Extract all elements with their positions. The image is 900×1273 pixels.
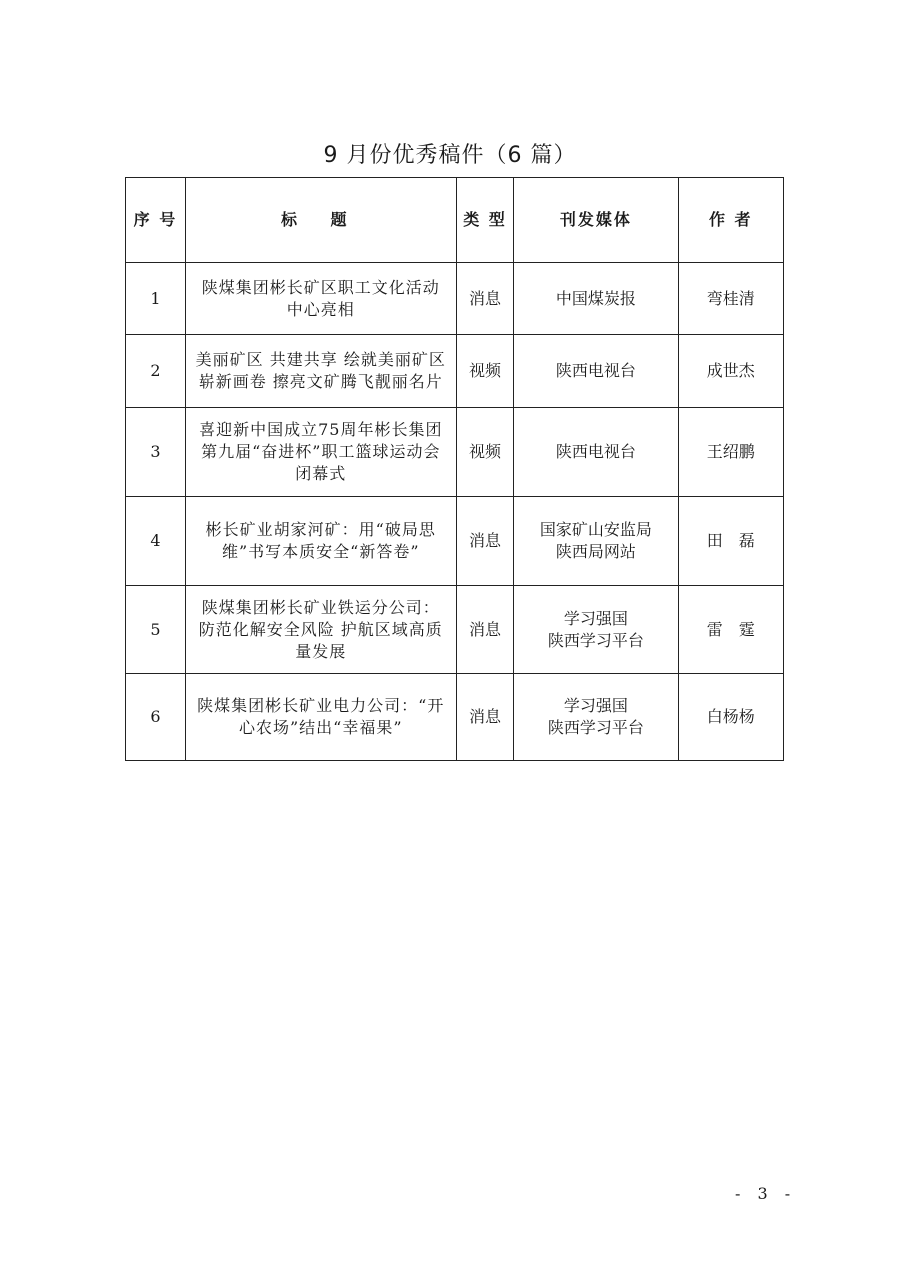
- cell-type: 视频: [456, 335, 514, 408]
- cell-title: 陕煤集团彬长矿业电力公司：“开心农场”结出“幸福果”: [185, 674, 456, 761]
- cell-no: 3: [126, 408, 186, 497]
- header-author: 作 者: [678, 178, 783, 263]
- header-type: 类 型: [456, 178, 514, 263]
- articles-table: 序 号 标 题 类 型 刊发媒体 作 者 1 陕煤集团彬长矿区职工文化活动中心亮…: [125, 177, 784, 761]
- cell-title: 彬长矿业胡家河矿：用“破局思维”书写本质安全“新答卷”: [185, 497, 456, 586]
- cell-media: 国家矿山安监局 陕西局网站: [514, 497, 678, 586]
- cell-title: 陕煤集团彬长矿区职工文化活动中心亮相: [185, 263, 456, 335]
- cell-author: 雷 霆: [678, 586, 783, 674]
- cell-media: 中国煤炭报: [514, 263, 678, 335]
- cell-author: 王绍鹏: [678, 408, 783, 497]
- table-header-row: 序 号 标 题 类 型 刊发媒体 作 者: [126, 178, 784, 263]
- cell-no: 1: [126, 263, 186, 335]
- cell-type: 消息: [456, 674, 514, 761]
- cell-no: 4: [126, 497, 186, 586]
- cell-no: 6: [126, 674, 186, 761]
- table-row: 3 喜迎新中国成立75周年彬长集团第九届“奋进杯”职工篮球运动会闭幕式 视频 陕…: [126, 408, 784, 497]
- cell-no: 5: [126, 586, 186, 674]
- table-row: 5 陕煤集团彬长矿业铁运分公司：防范化解安全风险 护航区域高质量发展 消息 学习…: [126, 586, 784, 674]
- document-title: 9 月份优秀稿件（6 篇）: [0, 138, 900, 169]
- header-media: 刊发媒体: [514, 178, 678, 263]
- table-row: 6 陕煤集团彬长矿业电力公司：“开心农场”结出“幸福果” 消息 学习强国 陕西学…: [126, 674, 784, 761]
- cell-author: 成世杰: [678, 335, 783, 408]
- cell-title: 喜迎新中国成立75周年彬长集团第九届“奋进杯”职工篮球运动会闭幕式: [185, 408, 456, 497]
- page-number: - 3 -: [735, 1184, 796, 1203]
- header-no: 序 号: [126, 178, 186, 263]
- cell-author: 白杨杨: [678, 674, 783, 761]
- cell-type: 视频: [456, 408, 514, 497]
- header-title: 标 题: [185, 178, 456, 263]
- cell-no: 2: [126, 335, 186, 408]
- cell-media: 陕西电视台: [514, 335, 678, 408]
- cell-type: 消息: [456, 263, 514, 335]
- cell-media: 学习强国 陕西学习平台: [514, 674, 678, 761]
- table-row: 4 彬长矿业胡家河矿：用“破局思维”书写本质安全“新答卷” 消息 国家矿山安监局…: [126, 497, 784, 586]
- table-row: 1 陕煤集团彬长矿区职工文化活动中心亮相 消息 中国煤炭报 弯桂清: [126, 263, 784, 335]
- cell-media: 陕西电视台: [514, 408, 678, 497]
- table-row: 2 美丽矿区 共建共享 绘就美丽矿区崭新画卷 擦亮文矿腾飞靓丽名片 视频 陕西电…: [126, 335, 784, 408]
- cell-title: 陕煤集团彬长矿业铁运分公司：防范化解安全风险 护航区域高质量发展: [185, 586, 456, 674]
- cell-type: 消息: [456, 586, 514, 674]
- cell-title: 美丽矿区 共建共享 绘就美丽矿区崭新画卷 擦亮文矿腾飞靓丽名片: [185, 335, 456, 408]
- cell-author: 弯桂清: [678, 263, 783, 335]
- cell-media: 学习强国 陕西学习平台: [514, 586, 678, 674]
- cell-type: 消息: [456, 497, 514, 586]
- cell-author: 田 磊: [678, 497, 783, 586]
